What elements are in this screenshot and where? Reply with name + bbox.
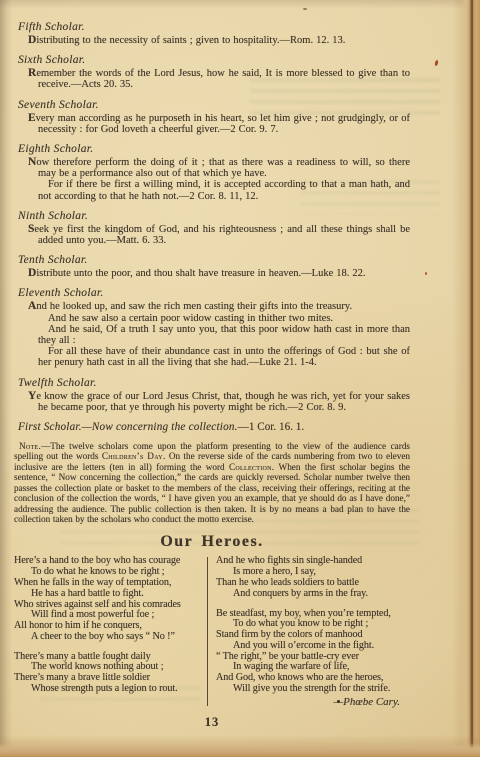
poem-stanza: And he who fights sin single-handedIs mo… — [216, 556, 410, 599]
scripture-paragraph: Distribute unto the poor, and thou shalt… — [38, 268, 410, 279]
poem-stanza: Here’s a hand to the boy who has courage… — [14, 556, 207, 642]
poem-line: Will give you the strength for the strif… — [216, 684, 410, 695]
page-speck — [337, 700, 340, 703]
scripture-paragraph: Ye know the grace of our Lord Jesus Chri… — [38, 391, 410, 413]
poem-title: Our Heroes. — [14, 534, 410, 550]
scripture-paragraph: And he saw also a certain poor widow cas… — [38, 313, 410, 324]
poem: Here’s a hand to the boy who has courage… — [14, 556, 410, 708]
note-smallcaps-text: Children’s Day. — [102, 451, 166, 461]
scripture-paragraph: For all these have of their abundance ca… — [38, 346, 410, 368]
note-smallcaps-text: Collection. — [229, 462, 274, 472]
scripture-paragraph: Distributing to the necessity of saints … — [38, 35, 410, 46]
scripture-paragraph: And he looked up, and saw the rich men c… — [38, 301, 410, 312]
scholar-heading: Sixth Scholar. — [18, 54, 410, 66]
scholar-heading: Seventh Scholar. — [18, 99, 410, 111]
note-paragraph: Note.—The twelve scholars come upon the … — [14, 441, 410, 524]
page-speck — [303, 8, 307, 10]
scripture-paragraph: Remember the words of the Lord Jesus, ho… — [38, 68, 410, 90]
scholar-heading: Eleventh Scholar. — [18, 287, 410, 299]
poem-line: He has a hard battle to fight. — [14, 589, 207, 600]
poem-column-right-stanzas: And he who fights sin single-handedIs mo… — [216, 556, 410, 695]
first-scholar-line: First Scholar.—Now concerning the collec… — [18, 421, 410, 433]
scripture-paragraph: Now therefore perform the doing of it ; … — [38, 157, 410, 179]
poem-column-right: And he who fights sin single-handedIs mo… — [208, 556, 410, 708]
scripture-paragraph: And he said, Of a truth I say unto you, … — [38, 324, 410, 346]
scripture-paragraph: Seek ye first the kingdom of God, and hi… — [38, 224, 410, 246]
page-edge-left — [0, 0, 12, 757]
page-content: Fifth Scholar.Distributing to the necess… — [0, 0, 480, 757]
page-edge-bottom — [0, 735, 480, 757]
page-speck — [425, 272, 427, 275]
page-edge-top — [0, 0, 480, 9]
book-page: Fifth Scholar.Distributing to the necess… — [0, 0, 480, 757]
scholar-heading: Eighth Scholar. — [18, 143, 410, 155]
scholar-sections: Fifth Scholar.Distributing to the necess… — [14, 21, 410, 413]
poem-column-left: Here’s a hand to the boy who has courage… — [14, 556, 207, 708]
first-scholar-italic: First Scholar.—Now concerning the collec… — [18, 421, 238, 433]
poem-stanza: Be steadfast, my boy, when you’re tempte… — [216, 609, 410, 695]
poem-line: Whose strength puts a legion to rout. — [14, 684, 207, 695]
poem-line: And conquers by arms in the fray. — [216, 589, 410, 600]
page-number: 13 — [14, 715, 410, 730]
scholar-heading: Ninth Scholar. — [18, 210, 410, 222]
scholar-heading: Twelfth Scholar. — [18, 377, 410, 389]
first-scholar-reference: —1 Cor. 16. 1. — [238, 421, 305, 433]
scholar-heading: Fifth Scholar. — [18, 21, 410, 33]
scripture-paragraph: For if there be first a willing mind, it… — [38, 179, 410, 201]
poem-attribution: —Phœbe Cary. — [216, 696, 410, 708]
poem-stanza: There’s many a battle fought dailyThe wo… — [14, 652, 207, 695]
page-edge-right — [452, 0, 480, 757]
poem-line: A cheer to the boy who says “ No !” — [14, 632, 207, 643]
scripture-paragraph: Every man according as he purposeth in h… — [38, 113, 410, 135]
scholar-heading: Tenth Scholar. — [18, 254, 410, 266]
note-smallcaps-text: Note. — [19, 441, 41, 451]
